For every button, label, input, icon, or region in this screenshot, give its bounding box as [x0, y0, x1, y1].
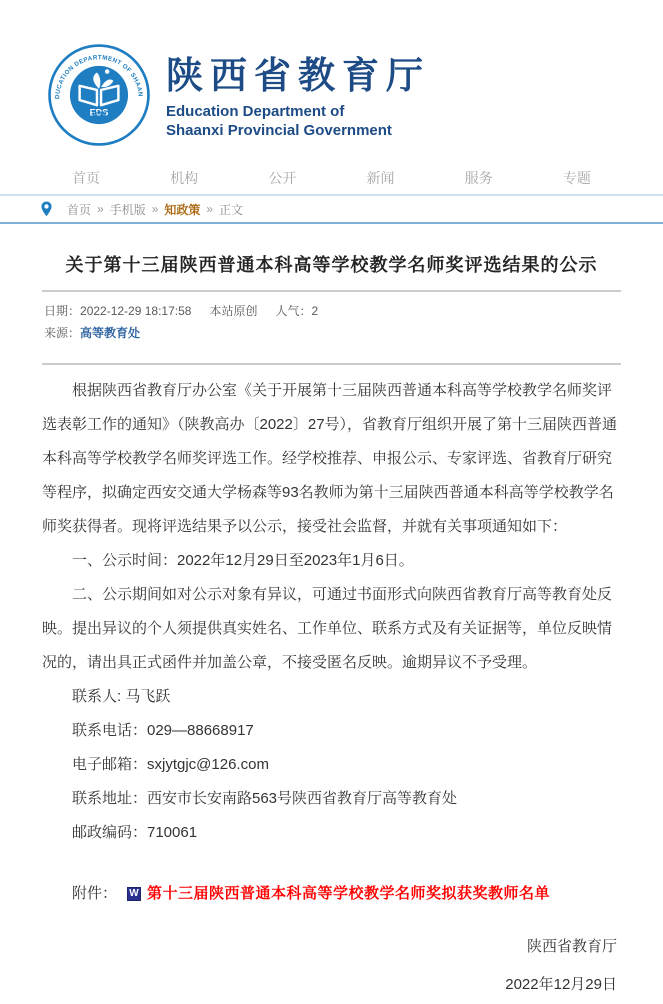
breadcrumb-separator: » [97, 202, 104, 216]
meta-origin: 本站原创 [209, 304, 257, 318]
meta-line-2: 来源：高等教育处 [44, 322, 619, 344]
attachment-label: 附件： [72, 882, 117, 906]
nav-item-public[interactable]: 公开 [268, 168, 296, 188]
site-title-chinese: 陕西省教育厅 [166, 56, 430, 99]
article-body: 根据陕西省教育厅办公室《关于开展第十三届陕西普通本科高等学校教学名师奖评选表彰工… [42, 374, 621, 850]
breadcrumb-separator: » [152, 202, 159, 216]
main-nav: 首页 机构 公开 新闻 服务 专题 [0, 162, 663, 196]
article-title: 关于第十三届陕西普通本科高等学校教学名师奖评选结果的公示 [42, 251, 621, 277]
attachment-row: 附件： W 第十三届陕西普通本科高等学校教学名师奖拟获奖教师名单 [42, 882, 621, 906]
signature-date: 2022年12月29日 [42, 966, 617, 1004]
signature-block: 陕西省教育厅 2022年12月29日 [42, 928, 621, 1004]
nav-item-news[interactable]: 新闻 [367, 168, 395, 188]
site-brand: 陕西省教育厅 Education Department of Shaanxi P… [166, 50, 430, 141]
breadcrumb-current: 正文 [219, 201, 243, 218]
nav-item-services[interactable]: 服务 [465, 168, 493, 188]
meta-divider [42, 363, 621, 365]
contact-phone: 联系电话：029—88668917 [42, 714, 621, 748]
article: 关于第十三届陕西普通本科高等学校教学名师奖评选结果的公示 日期：2022-12-… [0, 251, 663, 1004]
meta-source-link[interactable]: 高等教育处 [80, 326, 140, 340]
site-title-english-line2: Shaanxi Provincial Government [166, 121, 430, 140]
meta-source-label: 来源： [44, 326, 80, 340]
breadcrumb: 首页 » 手机版 » 知政策 » 正文 [0, 196, 663, 224]
education-department-logo-icon: EDS EDUCATION DEPARTMENT OF SHAANXI 陕 西 … [48, 44, 150, 146]
meta-views-label: 人气： [275, 304, 311, 318]
paragraph-item-1: 一、公示时间：2022年12月29日至2023年1月6日。 [42, 544, 621, 578]
breadcrumb-home[interactable]: 首页 [67, 201, 91, 218]
meta-views-value: 2 [311, 304, 318, 318]
article-meta: 日期：2022-12-29 18:17:58本站原创人气：2 来源：高等教育处 [42, 292, 621, 350]
nav-item-topics[interactable]: 专题 [563, 168, 591, 188]
breadcrumb-separator: » [206, 202, 213, 216]
postal-code: 邮政编码：710061 [42, 816, 621, 850]
site-title-english-line1: Education Department of [166, 102, 430, 121]
word-document-icon: W [127, 887, 141, 901]
site-title-english: Education Department of Shaanxi Provinci… [166, 102, 430, 140]
site-header: EDS EDUCATION DEPARTMENT OF SHAANXI 陕 西 … [0, 0, 663, 146]
paragraph-intro: 根据陕西省教育厅办公室《关于开展第十三届陕西普通本科高等学校教学名师奖评选表彰工… [42, 374, 621, 544]
contact-address: 联系地址：西安市长安南路563号陕西省教育厅高等教育处 [42, 782, 621, 816]
meta-line-1: 日期：2022-12-29 18:17:58本站原创人气：2 [44, 300, 619, 322]
nav-item-organization[interactable]: 机构 [170, 168, 198, 188]
breadcrumb-mobile[interactable]: 手机版 [110, 201, 146, 218]
page: EDS EDUCATION DEPARTMENT OF SHAANXI 陕 西 … [0, 0, 663, 1004]
meta-date-label: 日期： [44, 304, 80, 318]
breadcrumb-policy[interactable]: 知政策 [164, 201, 200, 218]
signature-org: 陕西省教育厅 [42, 928, 617, 966]
nav-item-home[interactable]: 首页 [72, 168, 100, 188]
contact-person: 联系人: 马飞跃 [42, 680, 621, 714]
meta-date-value: 2022-12-29 18:17:58 [80, 304, 191, 318]
attachment-link[interactable]: 第十三届陕西普通本科高等学校教学名师奖拟获奖教师名单 [147, 882, 550, 906]
paragraph-item-2: 二、公示期间如对公示对象有异议，可通过书面形式向陕西省教育厅高等教育处反映。提出… [42, 578, 621, 680]
location-pin-icon [40, 201, 53, 217]
contact-email: 电子邮箱：sxjytgjc@126.com [42, 748, 621, 782]
